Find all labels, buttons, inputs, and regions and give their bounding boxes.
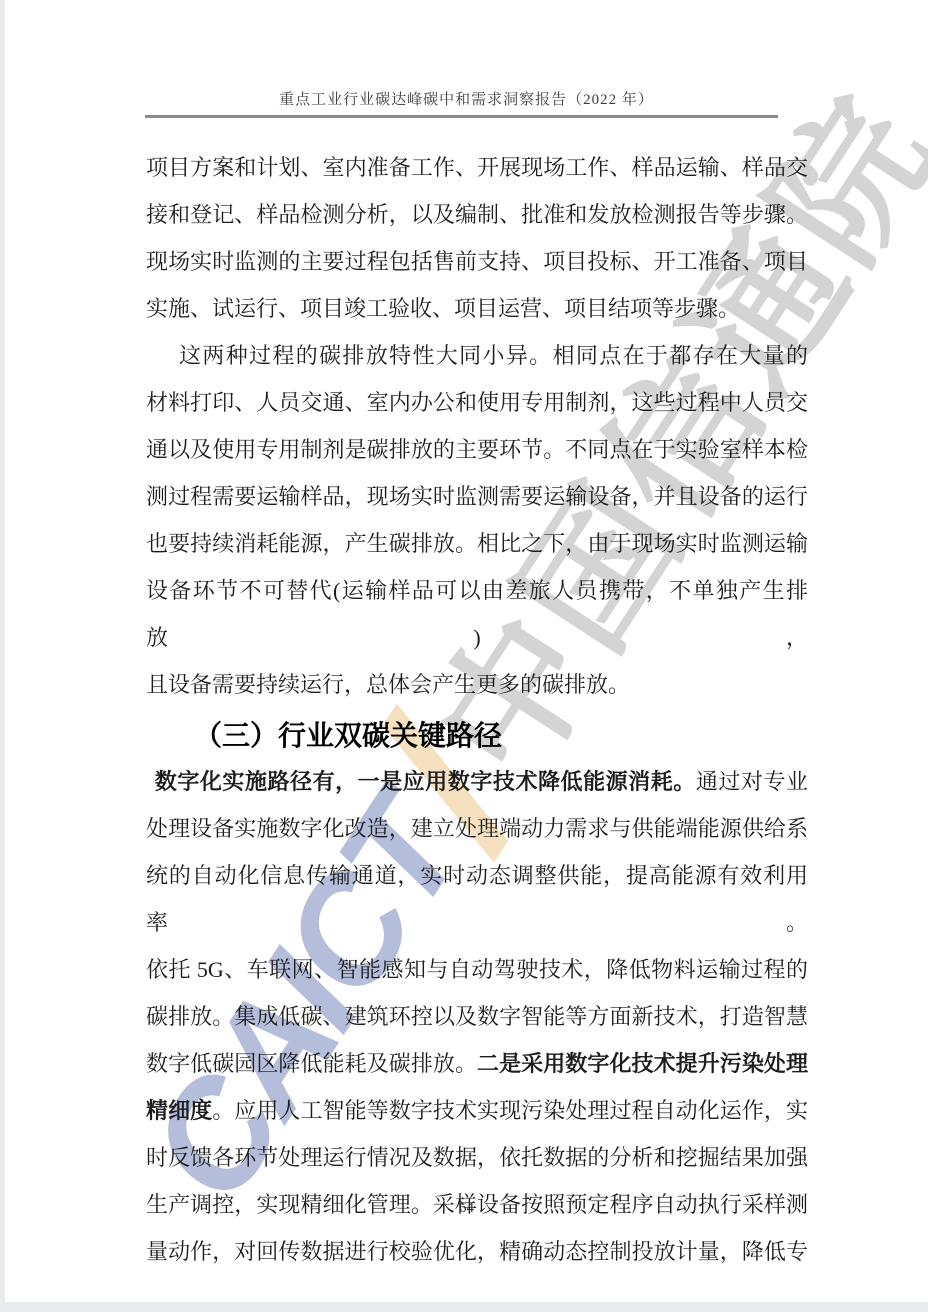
text-segment: 量动作，对回传数据进行校验优化，精确动态控制投放计量，降低专 bbox=[146, 1239, 808, 1264]
text-segment: 设备环节不可替代(运输样品可以由差旅人员携带，不单独产生排放)， bbox=[146, 578, 808, 650]
bold-text-segment: 二是采用数字化技术提升污染处理 bbox=[477, 1051, 808, 1076]
text-segment: 接和登记、样品检测分析，以及编制、批准和发放检测报告等步骤。 bbox=[146, 202, 808, 227]
text-line: 通以及使用专用制剂是碳排放的主要环节。不同点在于实验室样本检 bbox=[146, 426, 808, 473]
text-segment: 统的自动化信息传输通道，实时动态调整供能，提高能源有效利用率。 bbox=[146, 863, 808, 935]
text-segment: 材料打印、人员交通、室内办公和使用专用制剂，这些过程中人员交 bbox=[146, 390, 808, 415]
text-segment: 项目方案和计划、室内准备工作、开展现场工作、样品运输、样品交 bbox=[146, 155, 808, 180]
text-segment: 碳排放。集成低碳、建筑环控以及数字智能等方面新技术，打造智慧 bbox=[146, 1004, 808, 1029]
text-line: 统的自动化信息传输通道，实时动态调整供能，提高能源有效利用率。 bbox=[146, 852, 808, 946]
text-line: 现场实时监测的主要过程包括售前支持、项目投标、开工准备、项目 bbox=[146, 238, 808, 285]
text-segment: 也要持续消耗能源，产生碳排放。相比之下，由于现场实时监测运输 bbox=[146, 531, 808, 556]
text-segment: 数字低碳园区降低能耗及碳排放。 bbox=[146, 1051, 477, 1076]
text-line: 碳排放。集成低碳、建筑环控以及数字智能等方面新技术，打造智慧 bbox=[146, 993, 808, 1040]
text-segment: 实施、试运行、项目竣工验收、项目运营、项目结项等步骤。 bbox=[146, 296, 740, 321]
text-line: 项目方案和计划、室内准备工作、开展现场工作、样品运输、样品交 bbox=[146, 144, 808, 191]
page-header: 重点工业行业碳达峰碳中和需求洞察报告（2022 年） bbox=[5, 0, 928, 118]
text-segment: 且设备需要持续运行，总体会产生更多的碳排放。 bbox=[146, 672, 630, 697]
section-heading: （三）行业双碳关键路径 bbox=[146, 716, 808, 756]
text-segment: 通以及使用专用制剂是碳排放的主要环节。不同点在于实验室样本检 bbox=[146, 437, 808, 462]
bold-text-segment: 数字化实施路径有，一是应用数字技术降低能源消耗。 bbox=[155, 769, 696, 794]
text-line: 且设备需要持续运行，总体会产生更多的碳排放。 bbox=[146, 661, 808, 708]
report-page: CAICT 中国信通院 重点工业行业碳达峰碳中和需求洞察报告（2022 年） 项… bbox=[5, 0, 928, 1302]
header-rule bbox=[145, 115, 778, 118]
header-title: 重点工业行业碳达峰碳中和需求洞察报告（2022 年） bbox=[5, 88, 928, 109]
text-segment: 时反馈各环节处理运行情况及数据，依托数据的分析和挖掘结果加强 bbox=[146, 1145, 808, 1170]
page-footer: 64 bbox=[5, 1200, 928, 1217]
text-line: 设备环节不可替代(运输样品可以由差旅人员携带，不单独产生排放)， bbox=[146, 567, 808, 661]
text-segment: 这两种过程的碳排放特性大同小异。相同点在于都存在大量的 bbox=[179, 343, 808, 368]
text-segment: 通过对专业 bbox=[696, 769, 808, 794]
text-line: 接和登记、样品检测分析，以及编制、批准和发放检测报告等步骤。 bbox=[146, 191, 808, 238]
document-page-background: { "header": { "title": "重点工业行业碳达峰碳中和需求洞察… bbox=[0, 0, 928, 1312]
text-line: 数字化实施路径有，一是应用数字技术降低能源消耗。通过对专业 bbox=[146, 758, 808, 805]
bold-text-segment: 精细度 bbox=[146, 1098, 212, 1123]
text-line: 测过程需要运输样品，现场实时监测需要运输设备，并且设备的运行 bbox=[146, 473, 808, 520]
text-segment: 测过程需要运输样品，现场实时监测需要运输设备，并且设备的运行 bbox=[146, 484, 808, 509]
text-line: 数字低碳园区降低能耗及碳排放。二是采用数字化技术提升污染处理 bbox=[146, 1040, 808, 1087]
text-segment: 。应用人工智能等数字技术实现污染处理过程自动化运作，实 bbox=[212, 1098, 808, 1123]
body-content: 项目方案和计划、室内准备工作、开展现场工作、样品运输、样品交接和登记、样品检测分… bbox=[146, 144, 808, 1275]
text-line: 时反馈各环节处理运行情况及数据，依托数据的分析和挖掘结果加强 bbox=[146, 1134, 808, 1181]
text-segment: 现场实时监测的主要过程包括售前支持、项目投标、开工准备、项目 bbox=[146, 249, 808, 274]
text-line: 这两种过程的碳排放特性大同小异。相同点在于都存在大量的 bbox=[146, 332, 808, 379]
text-line: 依托 5G、车联网、智能感知与自动驾驶技术，降低物料运输过程的 bbox=[146, 946, 808, 993]
text-segment: 处理设备实施数字化改造，建立处理端动力需求与供能端能源供给系 bbox=[146, 816, 808, 841]
text-line: 也要持续消耗能源，产生碳排放。相比之下，由于现场实时监测运输 bbox=[146, 520, 808, 567]
text-line: 精细度。应用人工智能等数字技术实现污染处理过程自动化运作，实 bbox=[146, 1087, 808, 1134]
page-number: 64 bbox=[459, 1200, 474, 1216]
text-line: 材料打印、人员交通、室内办公和使用专用制剂，这些过程中人员交 bbox=[146, 379, 808, 426]
text-line: 实施、试运行、项目竣工验收、项目运营、项目结项等步骤。 bbox=[146, 285, 808, 332]
text-line: 量动作，对回传数据进行校验优化，精确动态控制投放计量，降低专 bbox=[146, 1228, 808, 1275]
text-segment: 依托 5G、车联网、智能感知与自动驾驶技术，降低物料运输过程的 bbox=[146, 957, 808, 982]
text-line: 处理设备实施数字化改造，建立处理端动力需求与供能端能源供给系 bbox=[146, 805, 808, 852]
